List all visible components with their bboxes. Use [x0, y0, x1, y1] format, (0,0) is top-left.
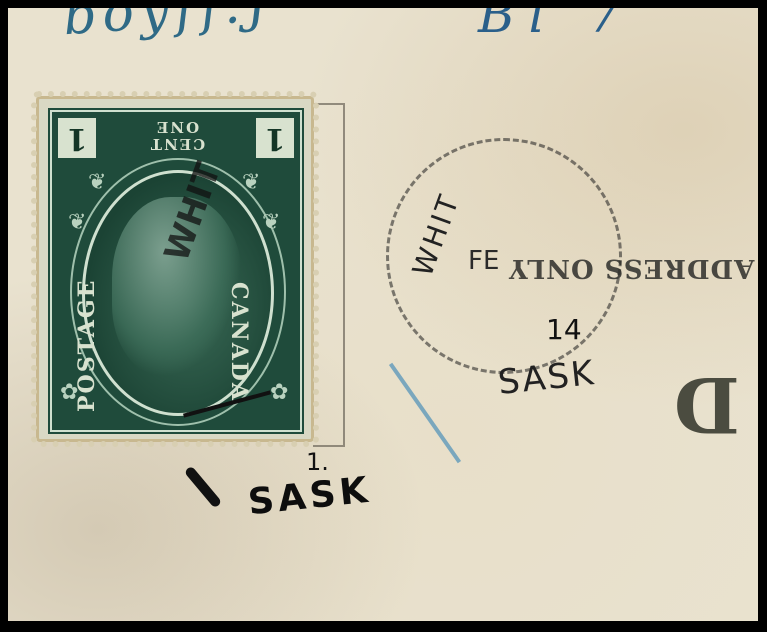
postmark2-day: 1.	[306, 448, 329, 476]
crown-ornament-icon: ✿	[270, 382, 292, 404]
postage-stamp: 1 1 CENT ONE ❦ ❦ ❦ ❦ ✿ ✿ CANADA POSTAGE …	[36, 96, 314, 442]
stamp-country-text: CANADA	[226, 282, 252, 402]
postmark2-bar	[184, 465, 223, 508]
stamp-design: 1 1 CENT ONE ❦ ❦ ❦ ❦ ✿ ✿ CANADA POSTAGE …	[50, 110, 302, 432]
maple-leaf-icon: ❦	[262, 212, 284, 234]
maple-leaf-icon: ❦	[68, 212, 90, 234]
postmark-day: 14	[546, 313, 582, 346]
postcard: boyff.J Bl 7 1 1 CENT ONE ❦ ❦ ❦ ❦ ✿ ✿ CA…	[8, 8, 758, 621]
maple-leaf-icon: ❦	[88, 172, 110, 194]
stamp-word-cent: CENT	[122, 135, 232, 152]
postmark2-province: SASK	[246, 470, 373, 524]
handwriting-line-2: Bl 7	[478, 8, 634, 44]
stamp-postage-text: POSTAGE	[74, 279, 100, 412]
postmark-month: FE	[468, 246, 499, 276]
handwriting-line-1: boyff.J	[61, 8, 275, 47]
printed-big-letter: D	[674, 360, 740, 449]
stamp-value-right: 1	[256, 118, 294, 158]
stamp-word-one: ONE	[122, 118, 232, 135]
maple-leaf-icon: ❦	[242, 172, 264, 194]
stamp-denomination-words: CENT ONE	[122, 118, 232, 152]
blue-pencil-mark	[389, 363, 461, 464]
printed-address-only: ADDRESS ONLY	[508, 253, 754, 283]
stamp-value-left: 1	[58, 118, 96, 158]
